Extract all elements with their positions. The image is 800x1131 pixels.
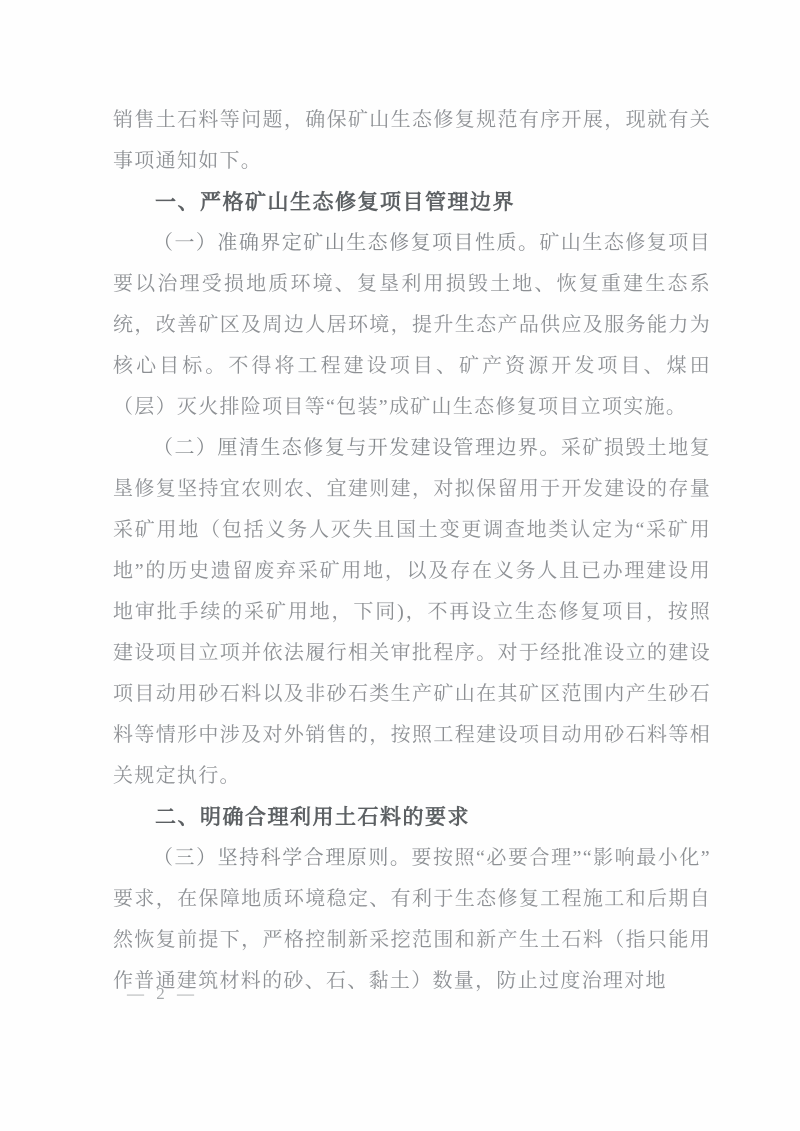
document-page: 销售土石料等问题，确保矿山生态修复规范有序开展，现就有关事项通知如下。 一、严格… bbox=[0, 0, 800, 1131]
page-number: — 2 — bbox=[127, 984, 198, 1004]
clause-2-title: （二）厘清生态修复与开发建设管理边界。 bbox=[153, 437, 561, 459]
section-2-heading: 二、明确合理利用土石料的要求 bbox=[113, 797, 711, 838]
section-2-paragraph-1: （三）坚持科学合理原则。要按照“必要合理”“影响最小化”要求，在保障地质环境稳定… bbox=[113, 838, 711, 1002]
clause-2-body: 采矿损毁土地复垦修复坚持宜农则农、宜建则建，对拟保留用于开发建设的存量采矿用地（… bbox=[113, 437, 711, 787]
section-1-paragraph-2: （二）厘清生态修复与开发建设管理边界。采矿损毁土地复垦修复坚持宜农则农、宜建则建… bbox=[113, 428, 711, 797]
document-body: 销售土石料等问题，确保矿山生态修复规范有序开展，现就有关事项通知如下。 一、严格… bbox=[113, 100, 711, 1002]
clause-1-body: 矿山生态修复项目要以治理受损地质环境、复垦利用损毁土地、恢复重建生态系统，改善矿… bbox=[113, 232, 711, 418]
clause-1-title: （一）准确界定矿山生态修复项目性质。 bbox=[153, 232, 539, 254]
section-1-heading: 一、严格矿山生态修复项目管理边界 bbox=[113, 182, 711, 223]
section-1-paragraph-1: （一）准确界定矿山生态修复项目性质。矿山生态修复项目要以治理受损地质环境、复垦利… bbox=[113, 223, 711, 428]
intro-continuation-paragraph: 销售土石料等问题，确保矿山生态修复规范有序开展，现就有关事项通知如下。 bbox=[113, 100, 711, 182]
clause-3-title: （三）坚持科学合理原则。 bbox=[153, 847, 411, 869]
